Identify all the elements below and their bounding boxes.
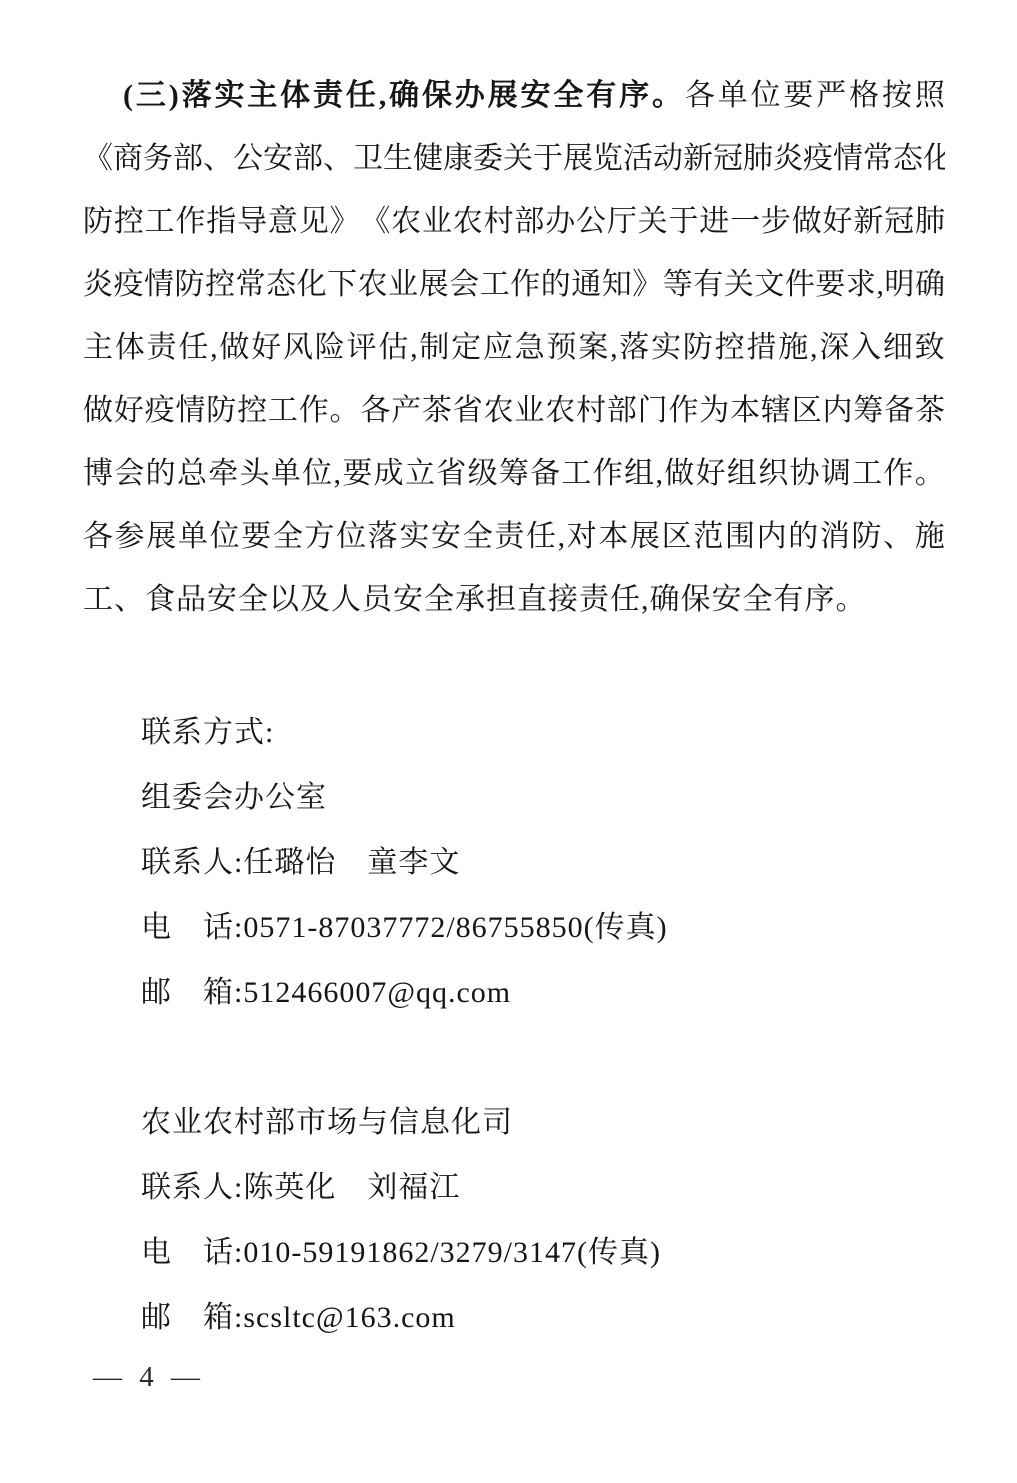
paragraph-line: 各参展单位要全方位落实安全责任,对本展区范围内的消防、施 [83,505,945,568]
contact-ministry-email: 邮 箱:scsltc@163.com [141,1285,1017,1350]
page-number: — 4 — [93,1361,205,1393]
contact-office-name: 组委会办公室 [141,765,1017,830]
contact-office-phone: 电 话:0571-87037772/86755850(传真) [141,895,1017,960]
paragraph-line: 博会的总牵头单位,要成立省级筹备工作组,做好组织协调工作。 [83,442,945,505]
section-gap [0,1025,1017,1090]
section-gap [0,631,1017,700]
paragraph-line-last: 工、食品安全以及人员安全承担直接责任,确保安全有序。 [83,568,945,631]
contact-section-office: 联系方式: 组委会办公室 联系人:任璐怡 童李文 电 话:0571-870377… [141,700,1017,1025]
paragraph-line: 防控工作指导意见》《农业农村部办公厅关于进一步做好新冠肺 [83,190,945,253]
contact-section-ministry: 农业农村部市场与信息化司 联系人:陈英化 刘福江 电 话:010-5919186… [141,1090,1017,1350]
contact-office-email: 邮 箱:512466007@qq.com [141,960,1017,1025]
body-paragraph: (三)落实主体责任,确保办展安全有序。各单位要严格按照 《商务部、公安部、卫生健… [0,0,1017,631]
contact-ministry-persons: 联系人:陈英化 刘福江 [141,1155,1017,1220]
paragraph-line-heading: (三)落实主体责任,确保办展安全有序。各单位要严格按照 [83,64,945,127]
paragraph-line: 炎疫情防控常态化下农业展会工作的通知》等有关文件要求,明确 [83,253,945,316]
contact-intro-label: 联系方式: [141,700,1017,765]
paragraph-line: 做好疫情防控工作。各产茶省农业农村部门作为本辖区内筹备茶 [83,379,945,442]
contact-ministry-name: 农业农村部市场与信息化司 [141,1090,1017,1155]
page-footer: — 4 — [93,1352,205,1402]
document-page: (三)落实主体责任,确保办展安全有序。各单位要严格按照 《商务部、公安部、卫生健… [0,0,1017,1483]
contact-office-persons: 联系人:任璐怡 童李文 [141,830,1017,895]
contact-ministry-phone: 电 话:010-59191862/3279/3147(传真) [141,1220,1017,1285]
paragraph-line: 《商务部、公安部、卫生健康委关于展览活动新冠肺炎疫情常态化 [83,127,945,190]
paragraph-line: 主体责任,做好风险评估,制定应急预案,落实防控措施,深入细致 [83,316,945,379]
